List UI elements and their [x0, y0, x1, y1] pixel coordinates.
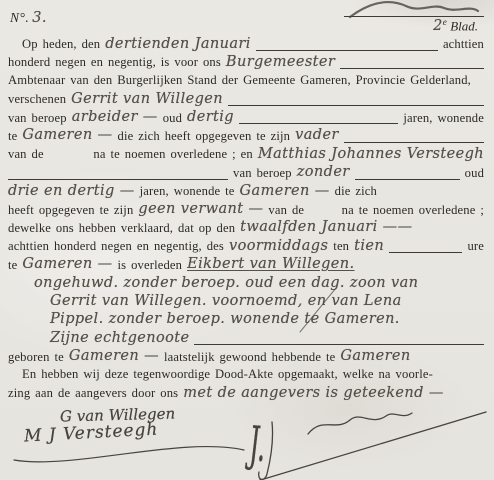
printed-text: zing aan de aangevers door ons: [8, 386, 178, 401]
printed-text: die zich: [335, 184, 377, 199]
form-line: Gerrit van Willegen. voornoemd, en van L…: [50, 293, 484, 311]
form-line: Ambtenaar van den Burgerlijken Stand der…: [8, 73, 484, 91]
printed-text: van beroep: [233, 166, 292, 181]
fill-rule: [344, 142, 484, 143]
handwritten-text: ——: [383, 219, 413, 235]
handwritten-text: Gerrit van Willegen: [71, 91, 223, 107]
printed-text: laatstelijk gewoond hebbende te: [164, 350, 335, 365]
handwritten-text: —: [98, 256, 113, 272]
handwritten-text: Zijne echtgenoote: [50, 330, 189, 346]
printed-text: heeft opgegeven te zijn: [8, 203, 133, 218]
form-line: verschenenGerrit van Willegen: [8, 91, 484, 109]
blad-label: 2e Blad.: [334, 17, 484, 34]
printed-text: honderd negen en negentig, is voor ons: [8, 55, 221, 70]
handwritten-text: Matthias Johannes Versteegh: [258, 146, 484, 162]
printed-text: achttien: [443, 37, 484, 52]
handwritten-text: vader: [295, 127, 339, 143]
handwritten-text: zonder: [297, 164, 350, 180]
handwritten-text: voormiddags: [229, 238, 328, 254]
printed-text: te: [8, 258, 17, 273]
handwritten-text: Gameren: [22, 256, 92, 272]
handwritten-text: tien: [354, 238, 384, 254]
fill-rule: [340, 68, 484, 69]
handwritten-text: —: [429, 385, 444, 401]
printed-text: te: [8, 129, 17, 144]
form-line: honderd negen en negentig, is voor onsBu…: [8, 54, 484, 72]
handwritten-text: Pippel. zonder beroep. wonende te Gamere…: [50, 311, 400, 327]
handwritten-text: dertienden Januari: [105, 36, 251, 52]
handwritten-text: —: [98, 127, 113, 143]
form-line: van beroepzonderoud: [8, 165, 484, 183]
act-number-label: N°.: [10, 10, 29, 25]
fill-rule: [228, 105, 484, 106]
handwritten-text-underlined: Eikbert van Willegen.: [187, 256, 354, 272]
act-number: N°.3.: [10, 9, 47, 27]
signature-official-flourish: [244, 400, 494, 480]
printed-text: verschenen: [8, 92, 66, 107]
printed-text: na te noemen overledene ; en: [93, 147, 252, 162]
handwritten-text: geen verwant: [138, 201, 243, 217]
form-line: teGameren—die zich heeft opgegeven te zi…: [8, 128, 484, 146]
handwritten-text: Gameren: [69, 348, 139, 364]
printed-text: die zich heeft opgegeven te zijn: [118, 129, 291, 144]
fill-rule: [256, 50, 438, 51]
page-corner: 2e Blad.: [334, 4, 484, 34]
printed-text: is overleden: [118, 258, 183, 273]
printed-text: Ambtenaar van den Burgerlijken Stand der…: [8, 73, 471, 88]
form-line: Op heden, dendertienden Januariachttien: [22, 36, 484, 54]
form-line: Pippel. zonder beroep. wonende te Gamere…: [50, 312, 484, 330]
death-certificate-document: N°.3. 2e Blad. Op heden, dendertienden J…: [0, 0, 494, 480]
printed-text: dewelke ons hebben verklaard, dat op den: [8, 221, 235, 236]
handwritten-text: Burgemeester: [226, 54, 335, 70]
blad-superscript: e: [443, 17, 447, 27]
form-line: van beroeparbeider—ouddertigjaren, wonen…: [8, 110, 484, 128]
fill-rule: [389, 252, 462, 253]
printed-text: ten: [333, 239, 349, 254]
printed-text: geboren te: [8, 350, 64, 365]
handwritten-text: Gerrit van Willegen. voornoemd, en van L…: [50, 293, 402, 309]
handwritten-text: arbeider: [72, 109, 138, 125]
handwritten-text: —: [143, 109, 158, 125]
form-line: achttien honderd negen en negentig, desv…: [8, 238, 484, 256]
handwritten-text: twaalfden Januari: [240, 219, 378, 235]
handwritten-text: drie en dertig: [8, 183, 115, 199]
printed-text: van de: [268, 203, 304, 218]
printed-text: van de: [8, 147, 44, 162]
handwritten-text: met de aangevers is geteekend: [183, 385, 424, 401]
handwritten-text: ongehuwd. zonder beroep. oud een dag. zo…: [34, 275, 418, 291]
form-line: van dena te noemen overledene ; enMatthi…: [8, 146, 484, 164]
handwritten-text: Gameren: [240, 183, 310, 199]
printed-text: Op heden, den: [22, 37, 100, 52]
form-line: dewelke ons hebben verklaard, dat op den…: [8, 220, 484, 238]
form-line: drie en dertig—jaren, wonende teGameren—…: [8, 183, 484, 201]
handwritten-text: —: [144, 348, 159, 364]
form-line: Zijne echtgenoote: [50, 330, 484, 348]
handwritten-text: dertig: [187, 109, 234, 125]
printed-text: oud: [465, 166, 484, 181]
document-header: N°.3. 2e Blad.: [8, 4, 484, 34]
handwritten-text: Gameren: [22, 127, 92, 143]
blad-number: 2: [433, 18, 443, 34]
handwritten-text: —: [120, 183, 135, 199]
blad-word: Blad.: [450, 18, 478, 33]
fill-rule: [194, 344, 484, 345]
fill-rule: [8, 179, 228, 180]
fill-rule: [239, 123, 398, 124]
form-line: En hebben wij deze tegenwoordige Dood-Ak…: [22, 367, 484, 385]
form-line: teGameren—is overledenEikbert van Willeg…: [8, 257, 484, 275]
fill-rule: [355, 179, 460, 180]
printed-text: jaren, wonende: [403, 111, 484, 126]
document-body: Op heden, dendertienden Januariachttienh…: [8, 36, 484, 404]
stray-pen-mark: [292, 284, 342, 336]
act-number-value: 3.: [32, 10, 47, 26]
handwritten-text: —: [315, 183, 330, 199]
printed-text: En hebben wij deze tegenwoordige Dood-Ak…: [22, 367, 433, 382]
form-line: heeft opgegeven te zijngeen verwant—van …: [8, 202, 484, 220]
printed-text: na te noemen overledene ;: [342, 203, 484, 218]
form-line: geboren teGameren—laatstelijk gewoond he…: [8, 349, 484, 367]
printed-text: van beroep: [8, 111, 67, 126]
signature-area: G van Willegen M J Versteegh J.: [8, 406, 484, 480]
printed-text: oud: [163, 111, 182, 126]
form-line: ongehuwd. zonder beroep. oud een dag. zo…: [34, 275, 484, 293]
printed-text: achttien honderd negen en negentig, des: [8, 239, 224, 254]
handwritten-text: —: [249, 201, 264, 217]
printed-text: ure: [467, 239, 484, 254]
signature-flourish: [12, 436, 248, 466]
printed-text: jaren, wonende te: [140, 184, 235, 199]
handwritten-text: Gameren: [340, 348, 410, 364]
